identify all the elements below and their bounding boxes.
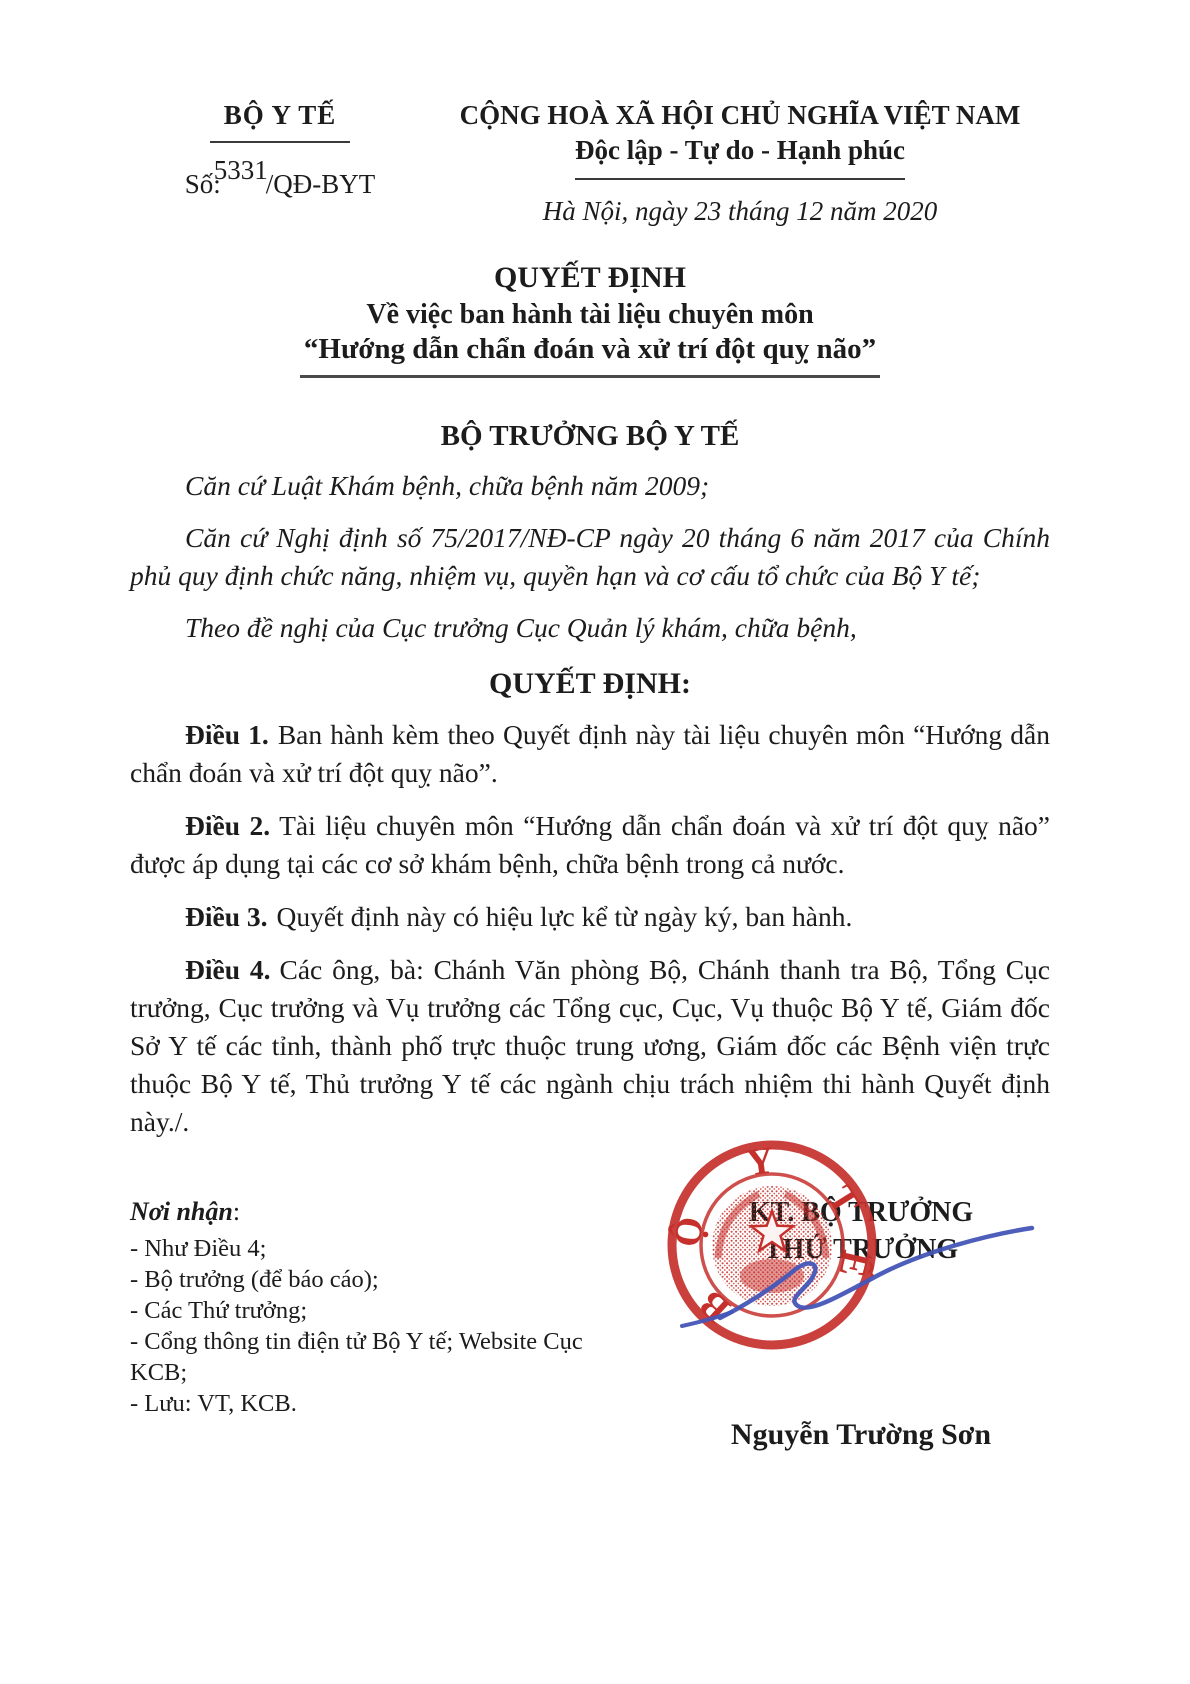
article-2: Điều 2.Tài liệu chuyên môn “Hướng dẫn ch…: [130, 807, 1050, 883]
preamble-clause: Căn cứ Luật Khám bệnh, chữa bệnh năm 200…: [130, 467, 1050, 505]
document-subject-quote: “Hướng dẫn chẩn đoán và xử trí đột quỵ n…: [130, 333, 1050, 378]
svg-text:Y: Y: [744, 1139, 777, 1184]
article-1-label: Điều 1.: [185, 719, 269, 750]
article-3-label: Điều 3.: [185, 901, 268, 932]
recipient-item: - Các Thứ trưởng;: [130, 1295, 600, 1326]
place-date-line: Hà Nội, ngày 23 tháng 12 năm 2020: [430, 196, 1050, 227]
article-4-label: Điều 4.: [185, 954, 271, 985]
recipient-item: - Như Điều 4;: [130, 1233, 600, 1264]
recipients-block: Nơi nhận: - Như Điều 4; - Bộ trưởng (để …: [130, 1197, 600, 1452]
article-2-label: Điều 2.: [185, 810, 270, 841]
preamble-clause: Theo đề nghị của Cục trưởng Cục Quản lý …: [130, 609, 1050, 647]
national-title: CỘNG HOÀ XÃ HỘI CHỦ NGHĨA VIỆT NAM: [430, 100, 1050, 131]
document-number-value: 5331: [214, 155, 268, 185]
national-motto: Độc lập - Tự do - Hạnh phúc: [430, 135, 1050, 166]
motto-underline: [575, 178, 905, 180]
document-header: BỘ Y TẾ Số:5331/QĐ-BYT CỘNG HOÀ XÃ HỘI C…: [130, 100, 1050, 227]
article-4: Điều 4.Các ông, bà: Chánh Văn phòng Bộ, …: [130, 951, 1050, 1141]
decision-heading: QUYẾT ĐỊNH:: [130, 667, 1050, 701]
recipient-item: - Lưu: VT, KCB.: [130, 1388, 600, 1419]
document-subject-line: Về việc ban hành tài liệu chuyên môn: [130, 299, 1050, 331]
preamble: Căn cứ Luật Khám bệnh, chữa bệnh năm 200…: [130, 467, 1050, 647]
article-1: Điều 1.Ban hành kèm theo Quyết định này …: [130, 716, 1050, 792]
recipient-item: - Bộ trưởng (để báo cáo);: [130, 1264, 600, 1295]
signer-name: Nguyễn Trường Sơn: [636, 1418, 1086, 1452]
org-underline: [210, 141, 350, 143]
preamble-clause: Căn cứ Nghị định số 75/2017/NĐ-CP ngày 2…: [130, 519, 1050, 595]
issuing-org-name: BỘ Y TẾ: [130, 100, 430, 131]
document-number-suffix: /QĐ-BYT: [266, 169, 376, 199]
document-title-block: QUYẾT ĐỊNH Về việc ban hành tài liệu chu…: [130, 261, 1050, 378]
authority-heading: BỘ TRƯỞNG BỘ Y TẾ: [130, 420, 1050, 453]
issuing-org-block: BỘ Y TẾ Số:5331/QĐ-BYT: [130, 100, 430, 227]
recipients-list: - Như Điều 4; - Bộ trưởng (để báo cáo); …: [130, 1233, 600, 1419]
document-type-title: QUYẾT ĐỊNH: [130, 261, 1050, 295]
document-number: Số:5331/QĐ-BYT: [130, 169, 430, 200]
recipient-item: - Cổng thông tin điện tử Bộ Y tế; Websit…: [130, 1326, 600, 1388]
article-3: Điều 3.Quyết định này có hiệu lực kể từ …: [130, 898, 1050, 936]
article-3-text: Quyết định này có hiệu lực kể từ ngày ký…: [277, 901, 853, 932]
handwritten-signature: [620, 1190, 1090, 1370]
articles: Điều 1.Ban hành kèm theo Quyết định này …: [130, 716, 1050, 1141]
national-motto-block: CỘNG HOÀ XÃ HỘI CHỦ NGHĨA VIỆT NAM Độc l…: [430, 100, 1050, 227]
recipients-heading: Nơi nhận:: [130, 1197, 600, 1227]
document-page: BỘ Y TẾ Số:5331/QĐ-BYT CỘNG HOÀ XÃ HỘI C…: [0, 0, 1190, 1684]
